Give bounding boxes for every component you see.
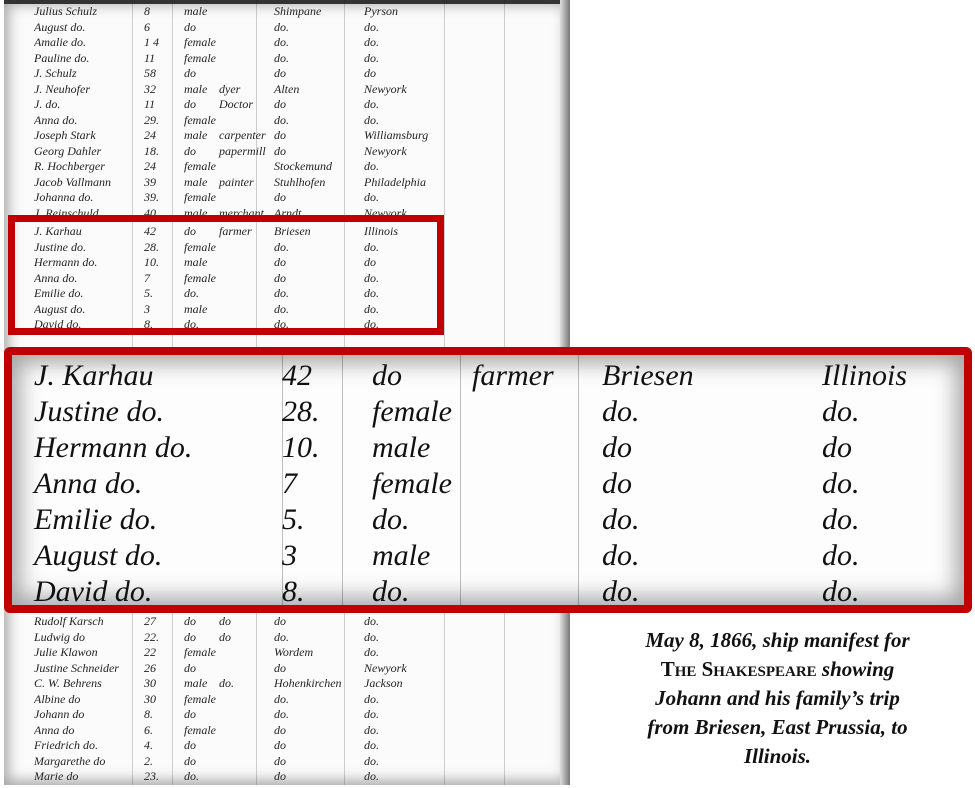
cell-sex: male — [184, 4, 207, 19]
cell-from: do. — [602, 503, 640, 537]
cell-destination: do. — [822, 539, 860, 573]
cell-sex: do — [372, 359, 402, 393]
cell-name: August do. — [34, 20, 124, 35]
manifest-row: Emilie do.5.do.do.do. — [12, 503, 964, 539]
manifest-row: Johanna do.39.femaledodo. — [4, 190, 570, 206]
cell-destination: do. — [822, 467, 860, 501]
cell-sex: male — [372, 539, 430, 573]
cell-from: do — [274, 128, 286, 143]
cell-name: R. Hochberger — [34, 159, 124, 174]
cell-name: C. W. Behrens — [34, 676, 124, 691]
cell-from: do — [274, 66, 286, 81]
cell-name: Johann do — [34, 707, 124, 722]
cell-sex: female — [184, 692, 216, 707]
cell-age: 28. — [282, 395, 320, 429]
cell-from: do. — [602, 539, 640, 573]
cell-sex: male — [184, 676, 207, 691]
manifest-row: Friedrich do.4.dododo. — [4, 738, 570, 754]
manifest-row: Johann do8.dodo.do. — [4, 707, 570, 723]
manifest-row: Anna do6.femaledodo. — [4, 723, 570, 739]
manifest-row: Georg Dahler18.dopapermilldoNewyork — [4, 144, 570, 160]
cell-name: Friedrich do. — [34, 738, 124, 753]
cell-sex: do — [184, 20, 196, 35]
cell-from: do — [274, 614, 286, 629]
cell-name: J. do. — [34, 97, 124, 112]
cell-from: Stuhlhofen — [274, 175, 325, 190]
cell-sex: male — [372, 431, 430, 465]
cell-name: Georg Dahler — [34, 144, 124, 159]
manifest-row: Pauline do.11femaledo.do. — [4, 51, 570, 67]
manifest-row: Julius Schulz8maleShimpanePyrson — [4, 4, 570, 20]
cell-age: 8 — [144, 4, 150, 19]
manifest-row: Justine do.28.femaledo.do. — [12, 395, 964, 431]
cell-destination: do. — [364, 113, 379, 128]
cell-from: Stockemund — [274, 159, 332, 174]
magnified-callout: J. Karhau42dofarmerBriesenIllinoisJustin… — [4, 347, 972, 613]
caption-line-2-rest: showing — [817, 657, 895, 681]
cell-occupation: farmer — [472, 359, 554, 393]
cell-name: Margarethe do — [34, 754, 124, 769]
cell-age: 27 — [144, 614, 156, 629]
cell-from: Shimpane — [274, 4, 321, 19]
cell-age: 24 — [144, 159, 156, 174]
cell-destination: Illinois — [822, 359, 907, 393]
cell-name: Joseph Stark — [34, 128, 124, 143]
manifest-row: Marie do23.do.dodo. — [4, 769, 570, 785]
cell-occupation: papermill — [219, 144, 266, 159]
manifest-row: Anna do.7femaledodo. — [12, 467, 964, 503]
cell-age: 29. — [144, 113, 159, 128]
manifest-row: Hermann do.10.maledodo — [12, 431, 964, 467]
cell-destination: do. — [364, 707, 379, 722]
cell-destination: Jackson — [364, 676, 403, 691]
cell-age: 8. — [144, 707, 153, 722]
manifest-row: Julie Klawon22femaleWordemdo. — [4, 645, 570, 661]
cell-sex: do — [184, 661, 196, 676]
cell-name: Hermann do. — [34, 431, 192, 465]
cell-occupation: painter — [219, 175, 254, 190]
cell-destination: Newyork — [364, 82, 407, 97]
cell-age: 18. — [144, 144, 159, 159]
manifest-row: Jacob Vallmann39malepainterStuhlhofenPhi… — [4, 175, 570, 191]
cell-sex: do. — [372, 575, 410, 609]
cell-destination: Newyork — [364, 144, 407, 159]
cell-sex: female — [372, 467, 452, 501]
cell-name: Albine do — [34, 692, 124, 707]
cell-sex: do — [184, 630, 196, 645]
caption-line-2: The Shakespeare showing — [590, 655, 965, 684]
cell-name: J. Schulz — [34, 66, 124, 81]
cell-destination: do. — [364, 645, 379, 660]
cell-sex: do — [184, 707, 196, 722]
cell-from: do — [274, 144, 286, 159]
cell-sex: do — [184, 614, 196, 629]
cell-sex: do. — [372, 503, 410, 537]
cell-age: 5. — [282, 503, 305, 537]
cell-sex: female — [372, 395, 452, 429]
cell-name: David do. — [34, 575, 152, 609]
cell-sex: do — [184, 738, 196, 753]
cell-from: do — [274, 738, 286, 753]
cell-occupation: Doctor — [219, 97, 253, 112]
cell-from: do — [602, 467, 632, 501]
cell-destination: do. — [364, 97, 379, 112]
cell-from: do. — [274, 113, 289, 128]
cell-sex: do. — [184, 769, 199, 784]
manifest-row: Ludwig do22.dododo.do. — [4, 630, 570, 646]
manifest-row: Rudolf Karsch27dodododo. — [4, 614, 570, 630]
cell-age: 23. — [144, 769, 159, 784]
cell-age: 3 — [282, 539, 297, 573]
cell-name: Justine do. — [34, 395, 164, 429]
cell-sex: female — [184, 113, 216, 128]
cell-destination: do. — [364, 769, 379, 784]
manifest-row: J. Neuhofer32maledyerAltenNewyork — [4, 82, 570, 98]
cell-destination: do. — [364, 738, 379, 753]
cell-from: Hohenkirchen — [274, 676, 342, 691]
cell-name: Rudolf Karsch — [34, 614, 124, 629]
manifest-row: C. W. Behrens30maledo.HohenkirchenJackso… — [4, 676, 570, 692]
cell-sex: do — [184, 144, 196, 159]
cell-name: Amalie do. — [34, 35, 124, 50]
manifest-row: Joseph Stark24malecarpenterdoWilliamsbur… — [4, 128, 570, 144]
cell-sex: male — [184, 82, 207, 97]
cell-sex: male — [184, 175, 207, 190]
manifest-row: J. do.11doDoctordodo. — [4, 97, 570, 113]
manifest-row: Albine do30femaledo.do. — [4, 692, 570, 708]
cell-age: 26 — [144, 661, 156, 676]
cell-age: 30 — [144, 692, 156, 707]
cell-age: 4. — [144, 738, 153, 753]
cell-name: Anna do. — [34, 467, 142, 501]
cell-occupation: do — [219, 630, 231, 645]
cell-sex: do — [184, 754, 196, 769]
cell-age: 6. — [144, 723, 153, 738]
cell-name: Emilie do. — [34, 503, 157, 537]
cell-sex: female — [184, 645, 216, 660]
cell-from: do. — [274, 20, 289, 35]
cell-age: 24 — [144, 128, 156, 143]
cell-name: Julius Schulz — [34, 4, 124, 19]
cell-from: Wordem — [274, 645, 313, 660]
cell-destination: do — [364, 66, 376, 81]
cell-name: Anna do. — [34, 113, 124, 128]
manifest-row: Justine Schneider26dodoNewyork — [4, 661, 570, 677]
cell-name: August do. — [34, 539, 162, 573]
manifest-row: Margarethe do2.dododo. — [4, 754, 570, 770]
cell-from: do — [274, 723, 286, 738]
cell-destination: do. — [822, 395, 860, 429]
manifest-row: David do.8.do.do.do. — [12, 575, 964, 611]
cell-occupation: dyer — [219, 82, 240, 97]
cell-age: 8. — [282, 575, 305, 609]
cell-age: 39 — [144, 175, 156, 190]
cell-sex: do — [184, 97, 196, 112]
cell-occupation: carpenter — [219, 128, 266, 143]
cell-age: 22 — [144, 645, 156, 660]
cell-from: do — [274, 769, 286, 784]
cell-from: do — [274, 190, 286, 205]
cell-from: do — [274, 661, 286, 676]
cell-sex: female — [184, 190, 216, 205]
cell-age: 39. — [144, 190, 159, 205]
cell-name: Anna do — [34, 723, 124, 738]
manifest-row: J. Schulz58dododo — [4, 66, 570, 82]
highlight-box — [8, 215, 444, 335]
cell-from: do. — [274, 35, 289, 50]
ship-name: The Shakespeare — [661, 657, 817, 681]
cell-age: 42 — [282, 359, 312, 393]
cell-from: do. — [274, 51, 289, 66]
caption: May 8, 1866, ship manifest for The Shake… — [590, 626, 965, 771]
cell-destination: do. — [822, 575, 860, 609]
cell-destination: Newyork — [364, 661, 407, 676]
cell-from: do — [602, 431, 632, 465]
cell-sex: female — [184, 723, 216, 738]
cell-name: Justine Schneider — [34, 661, 124, 676]
manifest-row: J. Karhau42dofarmerBriesenIllinois — [12, 359, 964, 395]
manifest-row: August do.3maledo.do. — [12, 539, 964, 575]
cell-from: do. — [274, 707, 289, 722]
cell-name: Johanna do. — [34, 190, 124, 205]
cell-from: do. — [274, 630, 289, 645]
cell-from: do — [274, 97, 286, 112]
cell-from: do. — [602, 395, 640, 429]
manifest-row: Anna do.29.femaledo.do. — [4, 113, 570, 129]
cell-name: Ludwig do — [34, 630, 124, 645]
cell-occupation: do — [219, 614, 231, 629]
cell-destination: do. — [364, 51, 379, 66]
cell-age: 22. — [144, 630, 159, 645]
cell-sex: male — [184, 128, 207, 143]
caption-line-4: from Briesen, East Prussia, to — [590, 713, 965, 742]
cell-age: 58 — [144, 66, 156, 81]
cell-sex: do — [184, 66, 196, 81]
cell-destination: do. — [364, 20, 379, 35]
manifest-row: August do.6dodo.do. — [4, 20, 570, 36]
cell-name: J. Karhau — [34, 359, 153, 393]
cell-destination: do. — [822, 503, 860, 537]
cell-age: 30 — [144, 676, 156, 691]
manifest-row: Amalie do.1 4femaledo.do. — [4, 35, 570, 51]
cell-from: do — [274, 754, 286, 769]
cell-from: Briesen — [602, 359, 694, 393]
cell-destination: do. — [364, 754, 379, 769]
cell-from: do. — [274, 692, 289, 707]
manifest-row: R. Hochberger24femaleStockemunddo. — [4, 159, 570, 175]
cell-age: 32 — [144, 82, 156, 97]
cell-destination: do — [822, 431, 852, 465]
cell-age: 11 — [144, 97, 155, 112]
cell-name: Jacob Vallmann — [34, 175, 124, 190]
cell-destination: do. — [364, 190, 379, 205]
cell-destination: do. — [364, 630, 379, 645]
cell-sex: female — [184, 51, 216, 66]
cell-destination: Philadelphia — [364, 175, 426, 190]
caption-line-5: Illinois. — [590, 742, 965, 771]
cell-destination: do. — [364, 35, 379, 50]
caption-line-1: May 8, 1866, ship manifest for — [590, 626, 965, 655]
cell-from: Alten — [274, 82, 299, 97]
cell-name: Marie do — [34, 769, 124, 784]
cell-destination: do. — [364, 159, 379, 174]
cell-destination: do. — [364, 723, 379, 738]
cell-age: 11 — [144, 51, 155, 66]
cell-age: 6 — [144, 20, 150, 35]
cell-from: do. — [602, 575, 640, 609]
cell-age: 7 — [282, 467, 297, 501]
cell-destination: Williamsburg — [364, 128, 428, 143]
caption-line-3: Johann and his family’s trip — [590, 684, 965, 713]
cell-age: 1 4 — [144, 35, 159, 50]
cell-destination: do. — [364, 614, 379, 629]
cell-sex: female — [184, 159, 216, 174]
cell-name: J. Neuhofer — [34, 82, 124, 97]
cell-destination: do. — [364, 692, 379, 707]
cell-occupation: do. — [219, 676, 234, 691]
cell-age: 10. — [282, 431, 320, 465]
cell-sex: female — [184, 35, 216, 50]
cell-age: 2. — [144, 754, 153, 769]
cell-name: Julie Klawon — [34, 645, 124, 660]
cell-destination: Pyrson — [364, 4, 398, 19]
cell-name: Pauline do. — [34, 51, 124, 66]
